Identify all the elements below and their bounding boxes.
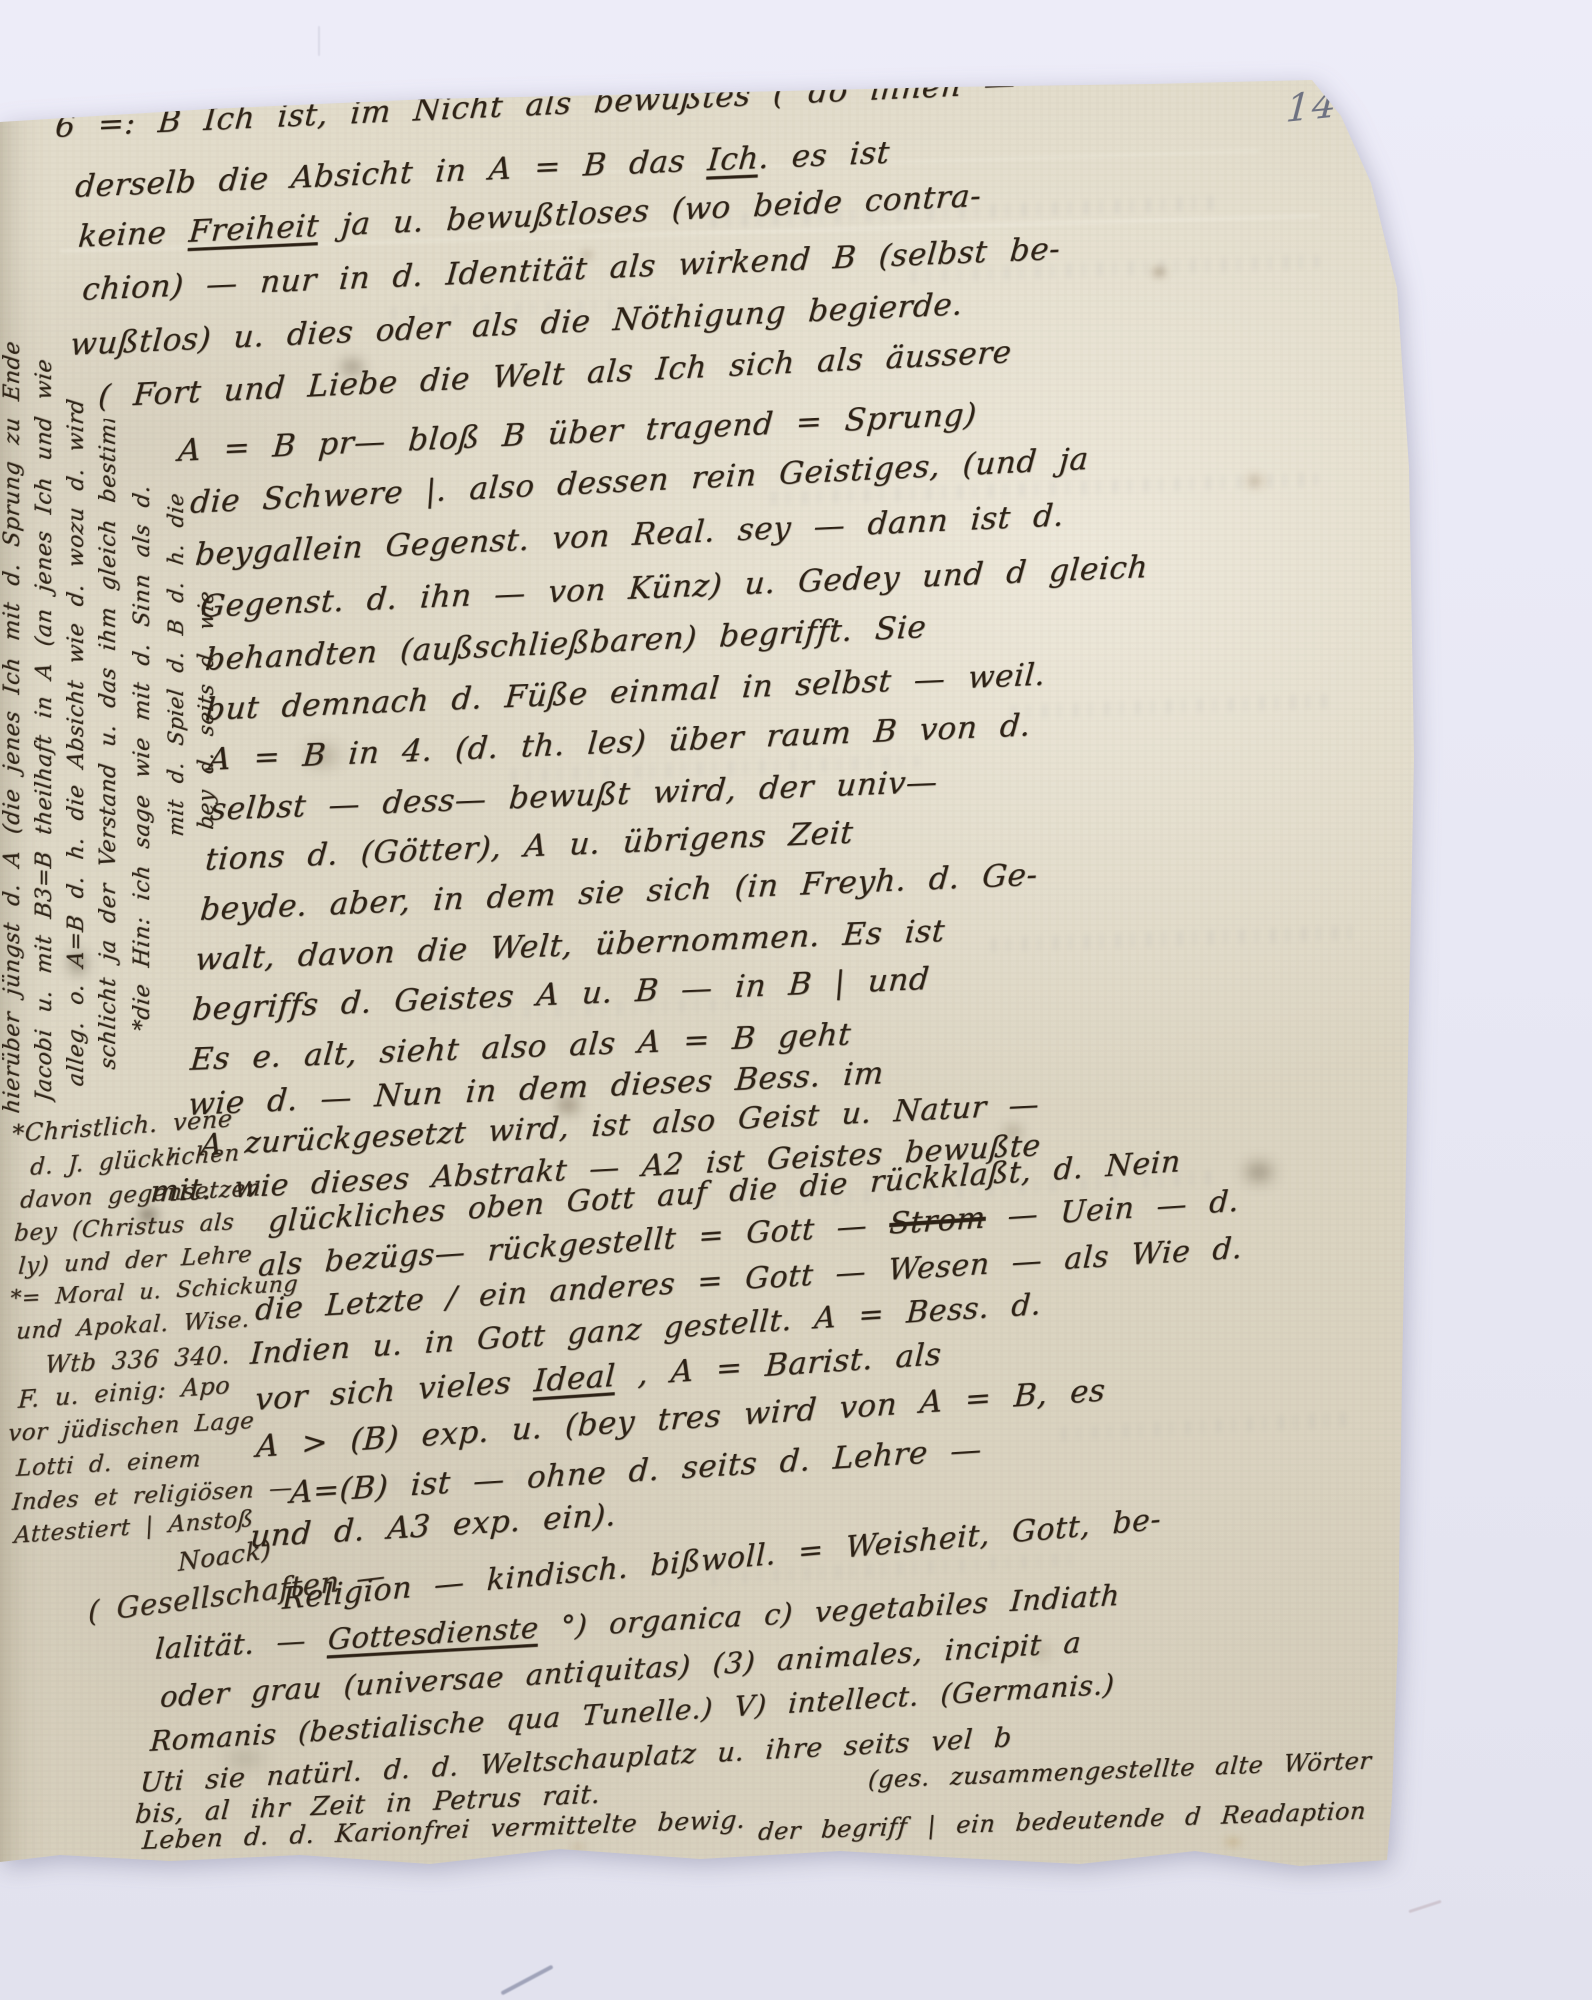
pencil-mark: [1408, 1900, 1441, 1913]
pencil-mark: [318, 26, 320, 56]
scan-background: hierüber jüngst d. A (die jenes Ich mit …: [0, 0, 1592, 2000]
pencil-marks: [0, 0, 1592, 2000]
pencil-mark: [500, 1965, 553, 1996]
